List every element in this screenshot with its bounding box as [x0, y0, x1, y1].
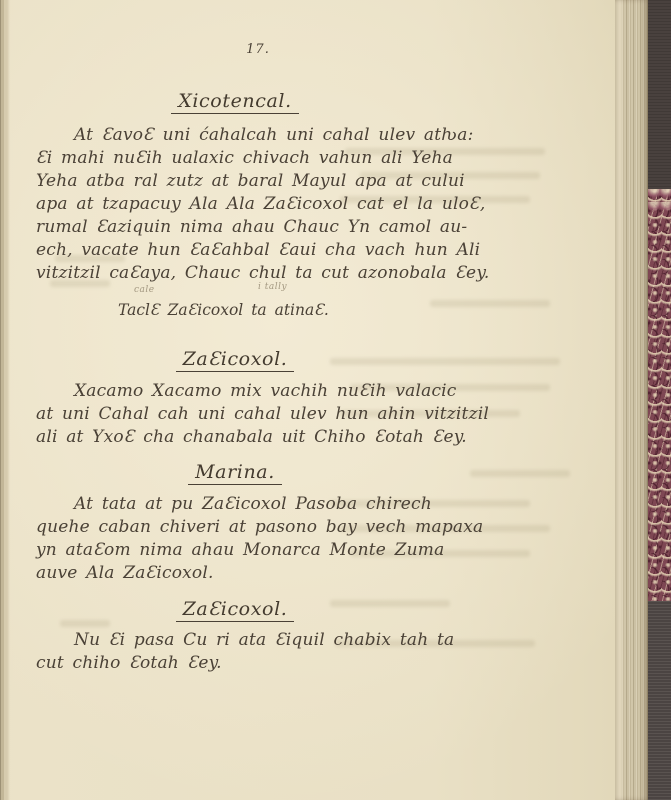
section-body-zaeicoxol-2: Nu Ɛi pasa Cu ri ata Ɛiquil chabix tah t… [36, 629, 534, 675]
manuscript-page: 4 17. Xicotencal. At ƐavoƐ uni ćahalcah … [0, 0, 618, 800]
cover-board-top [648, 0, 671, 189]
show-through-mark [470, 470, 570, 477]
section-heading-xicotencal: Xicotencal. [171, 90, 298, 114]
stage-direction: TaclƐ ZaƐicoxol ta atinaƐ. [118, 301, 329, 319]
gutter-shadow [0, 0, 10, 800]
pencil-annotation: cale [134, 285, 155, 295]
marbled-paper-feather-edge [648, 189, 671, 215]
page-number: 17. [238, 42, 278, 57]
section-body-xicotencal: At ƐavoƐ uni ćahalcah uni cahal ulev atƕ… [36, 124, 534, 285]
section-heading-marina: Marina. [188, 461, 282, 485]
marbled-paper [648, 189, 671, 601]
cover-board-bottom [648, 601, 671, 800]
page-edge-stack [615, 0, 648, 800]
book-binding [648, 0, 671, 800]
pencil-annotation: i tally [258, 282, 287, 292]
section-heading-zaeicoxol-1: ZaƐicoxol. [176, 348, 295, 372]
section-heading-zaeicoxol-2: ZaƐicoxol. [176, 598, 295, 622]
manuscript-photo: { "page": { "number": "17.", "sections":… [0, 0, 671, 800]
show-through-mark [430, 300, 550, 307]
section-body-zaeicoxol-1: Xacamo Xacamo mix vachih nuƐih valacic a… [36, 380, 534, 449]
section-body-marina: At tata at pu ZaƐicoxol Pasoba chirech q… [36, 493, 534, 585]
